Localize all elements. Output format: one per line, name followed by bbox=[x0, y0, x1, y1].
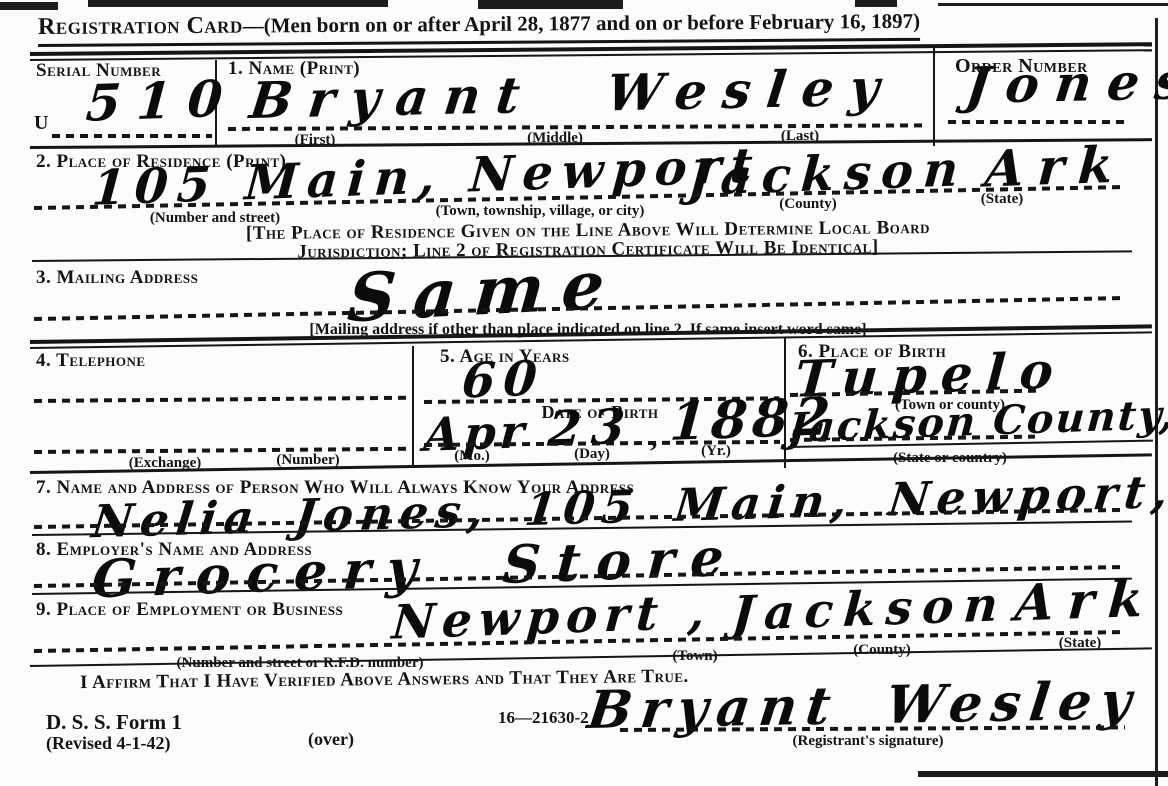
scan-artifact bbox=[88, 0, 388, 7]
card-header: Registration Card—(Men born on or after … bbox=[38, 8, 920, 47]
signature-sublabel: (Registrant's signature) bbox=[793, 733, 944, 750]
day-sublabel: (Day) bbox=[574, 446, 610, 463]
card-title: Registration Card bbox=[38, 13, 243, 40]
employment-state-value: Ark bbox=[1013, 573, 1158, 628]
print-code: 16—21630-2 bbox=[498, 708, 589, 728]
registration-card: Registration Card—(Men born on or after … bbox=[0, 0, 1168, 786]
county-sublabel: (County) bbox=[779, 196, 837, 213]
scan-artifact bbox=[0, 2, 58, 10]
employment-county-value: Jackson bbox=[730, 581, 1009, 638]
scan-artifact bbox=[855, 0, 897, 7]
mailing-value: Same bbox=[345, 251, 625, 332]
form-number: D. S. S. Form 1 bbox=[46, 710, 182, 735]
order-number-line bbox=[948, 120, 1126, 124]
telephone-label: 4. Telephone bbox=[36, 350, 146, 372]
serial-line bbox=[52, 134, 212, 138]
order-number-label: Order Number bbox=[955, 55, 1088, 78]
dob-comma: , bbox=[650, 420, 658, 454]
serial-prefix: U bbox=[34, 112, 48, 135]
telephone-line1 bbox=[34, 396, 409, 403]
serial-number-value: 510 bbox=[84, 73, 240, 128]
scan-artifact bbox=[918, 771, 1168, 777]
over-note: (over) bbox=[308, 729, 354, 750]
town-sublabel: (Town, township, village, or city) bbox=[436, 203, 645, 220]
state-sublabel: (State) bbox=[981, 191, 1023, 208]
telephone-line2 bbox=[34, 447, 409, 454]
telephone-age-divider bbox=[412, 346, 414, 468]
form-revision: (Revised 4-1-42) bbox=[46, 733, 170, 754]
employment-label: 9. Place of Employment or Business bbox=[36, 599, 343, 621]
card-title-note: —(Men born on or after April 28, 1877 an… bbox=[243, 9, 921, 38]
scan-artifact bbox=[938, 3, 1168, 6]
mailing-label: 3. Mailing Address bbox=[36, 267, 198, 289]
mo-sublabel: (Mo.) bbox=[454, 448, 489, 465]
yr-sublabel: (Yr.) bbox=[701, 443, 731, 460]
scan-artifact bbox=[478, 0, 623, 9]
